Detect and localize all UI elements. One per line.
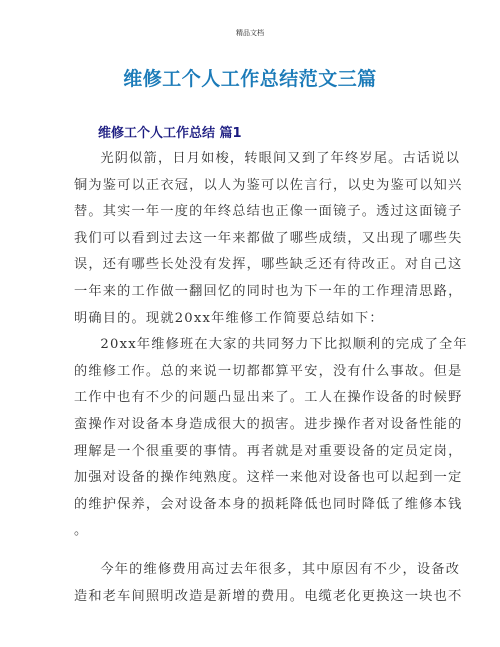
text-line: 工作中也有不少的问题凸显出来了。工人在操作设备的时候野 <box>74 385 424 412</box>
section-heading: 维修工个人工作总结 篇1 <box>98 122 242 141</box>
paragraph-3: 今年的维修费用高过去年很多，其中原因有不少，设备改 造和老车间照明改造是新增的费… <box>74 557 424 610</box>
text-line: 20xx年维修班在大家的共同努力下比拟顺利的完成了全年 <box>74 332 424 359</box>
text-line: 误，还有哪些长处没有发挥，哪些缺乏还有待改正。对自己这 <box>74 252 424 279</box>
text-line: 我们可以看到过去这一年来都做了哪些成绩，又出现了哪些失 <box>74 226 424 253</box>
text-line: 蛮操作对设备本身造成很大的损害。进步操作者对设备性能的 <box>74 412 424 439</box>
text-line: 光阴似箭，日月如梭，转眼间又到了年终岁尾。古话说以 <box>74 146 424 173</box>
paragraph-1: 光阴似箭，日月如梭，转眼间又到了年终岁尾。古话说以 铜为鉴可以正衣冠，以人为鉴可… <box>74 146 424 332</box>
paragraph-2: 20xx年维修班在大家的共同努力下比拟顺利的完成了全年 的维修工作。总的来说一切… <box>74 332 424 545</box>
text-line: 理解是一个很重要的事情。再者就是对重要设备的定员定岗， <box>74 439 424 466</box>
text-line: 。 <box>74 518 424 545</box>
text-line: 今年的维修费用高过去年很多，其中原因有不少，设备改 <box>74 557 424 584</box>
text-line: 加强对设备的操作纯熟度。这样一来他对设备也可以起到一定 <box>74 465 424 492</box>
text-line: 铜为鉴可以正衣冠，以人为鉴可以佐言行，以史为鉴可以知兴 <box>74 173 424 200</box>
document-page: 精品文档 维修工个人工作总结范文三篇 维修工个人工作总结 篇1 光阴似箭，日月如… <box>0 0 500 647</box>
header-watermark: 精品文档 <box>0 28 500 38</box>
text-line: 明确目的。现就20xx年维修工作简要总结如下： <box>74 306 424 333</box>
document-body: 光阴似箭，日月如梭，转眼间又到了年终岁尾。古话说以 铜为鉴可以正衣冠，以人为鉴可… <box>74 146 424 610</box>
text-line: 的维修工作。总的来说一切都都算平安，没有什么事故。但是 <box>74 359 424 386</box>
text-line: 替。其实一年一度的年终总结也正像一面镜子。透过这面镜子 <box>74 199 424 226</box>
document-title: 维修工个人工作总结范文三篇 <box>0 64 500 91</box>
text-line: 造和老车间照明改造是新增的费用。电缆老化更换这一块也不 <box>74 584 424 611</box>
text-line: 一年来的工作做一翻回忆的同时也为下一年的工作理清思路， <box>74 279 424 306</box>
text-line: 的维护保养，会对设备本身的损耗降低也同时降低了维修本钱 <box>74 492 424 519</box>
